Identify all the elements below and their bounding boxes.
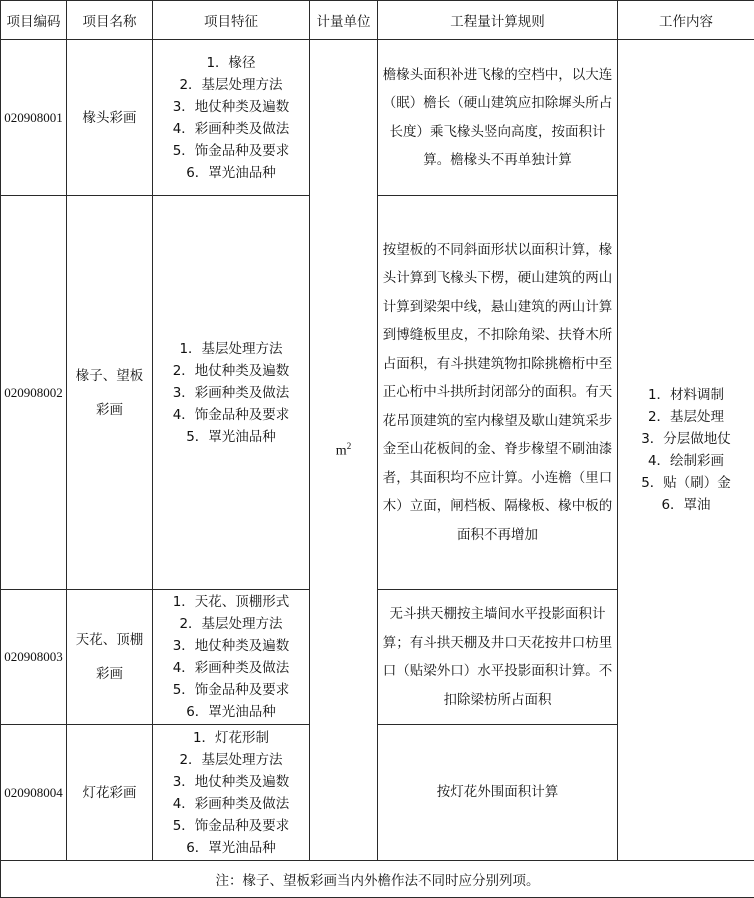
feature-line: 6．罩光油品种 [153,162,309,184]
feature-line: 4．彩画种类及做法 [153,118,309,140]
feature-line: 5．饰金品种及要求 [153,140,309,162]
feature-line: 1．椽径 [153,52,309,74]
work-content: 1．材料调制 2．基层处理 3．分层做地仗 4．绘制彩画 5．贴（刷）金 6．罩… [618,40,754,861]
unit-base: m [336,443,347,458]
table-row: 020908001 椽头彩画 1．椽径 2．基层处理方法 3．地仗种类及遍数 4… [1,40,754,196]
feature-line: 1．基层处理方法 [153,338,309,360]
feature-line: 2．地仗种类及遍数 [153,360,309,382]
header-rule: 工程量计算规则 [378,1,618,40]
item-rule: 按望板的不同斜面形状以面积计算，椽头计算到飞椽头下楞，硬山建筑的两山计算到梁架中… [378,196,618,590]
header-unit: 计量单位 [310,1,378,40]
feature-line: 1．天花、顶棚形式 [153,591,309,613]
feature-line: 6．罩光油品种 [153,701,309,723]
feature-line: 4．彩画种类及做法 [153,793,309,815]
feature-line: 5．饰金品种及要求 [153,679,309,701]
work-line: 4．绘制彩画 [618,450,754,472]
feature-line: 2．基层处理方法 [153,749,309,771]
feature-line: 4．饰金品种及要求 [153,404,309,426]
feature-line: 5．罩光油品种 [153,426,309,448]
item-features: 1．椽径 2．基层处理方法 3．地仗种类及遍数 4．彩画种类及做法 5．饰金品种… [153,40,310,196]
feature-line: 1．灯花形制 [153,727,309,749]
feature-line: 3．地仗种类及遍数 [153,96,309,118]
feature-line: 3．地仗种类及遍数 [153,771,309,793]
feature-line: 3．地仗种类及遍数 [153,635,309,657]
feature-line: 3．彩画种类及做法 [153,382,309,404]
unit-exponent: 2 [347,441,352,451]
item-code: 020908002 [1,196,67,590]
item-name: 天花、顶棚彩画 [67,590,153,725]
feature-line: 5．饰金品种及要求 [153,815,309,837]
header-features: 项目特征 [153,1,310,40]
item-code: 020908001 [1,40,67,196]
feature-line: 4．彩画种类及做法 [153,657,309,679]
item-code: 020908003 [1,590,67,725]
feature-line: 6．罩光油品种 [153,837,309,859]
item-features: 1．天花、顶棚形式 2．基层处理方法 3．地仗种类及遍数 4．彩画种类及做法 5… [153,590,310,725]
feature-line: 2．基层处理方法 [153,613,309,635]
work-line: 6．罩油 [618,494,754,516]
table-note: 注：椽子、望板彩画当内外檐作法不同时应分别列项。 [1,861,754,898]
feature-line: 2．基层处理方法 [153,74,309,96]
item-name: 椽子、望板彩画 [67,196,153,590]
item-features: 1．灯花形制 2．基层处理方法 3．地仗种类及遍数 4．彩画种类及做法 5．饰金… [153,725,310,861]
item-name: 椽头彩画 [67,40,153,196]
work-line: 3．分层做地仗 [618,428,754,450]
header-code: 项目编码 [1,1,67,40]
item-features: 1．基层处理方法 2．地仗种类及遍数 3．彩画种类及做法 4．饰金品种及要求 5… [153,196,310,590]
item-rule: 无斗拱天棚按主墙间水平投影面积计算；有斗拱天棚及井口天花按井口枋里口（贴梁外口）… [378,590,618,725]
header-row: 项目编码 项目名称 项目特征 计量单位 工程量计算规则 工作内容 [1,1,754,40]
note-row: 注：椽子、望板彩画当内外檐作法不同时应分别列项。 [1,861,754,898]
item-code: 020908004 [1,725,67,861]
header-name: 项目名称 [67,1,153,40]
work-line: 5．贴（刷）金 [618,472,754,494]
item-rule: 檐椽头面积补进飞椽的空档中，以大连（眠）檐长（硬山建筑应扣除墀头所占长度）乘飞椽… [378,40,618,196]
work-line: 2．基层处理 [618,406,754,428]
header-work: 工作内容 [618,1,754,40]
work-line: 1．材料调制 [618,384,754,406]
bill-of-quantities-table: 项目编码 项目名称 项目特征 计量单位 工程量计算规则 工作内容 0209080… [0,0,754,898]
item-name: 灯花彩画 [67,725,153,861]
unit-cell: m2 [310,40,378,861]
item-rule: 按灯花外围面积计算 [378,725,618,861]
